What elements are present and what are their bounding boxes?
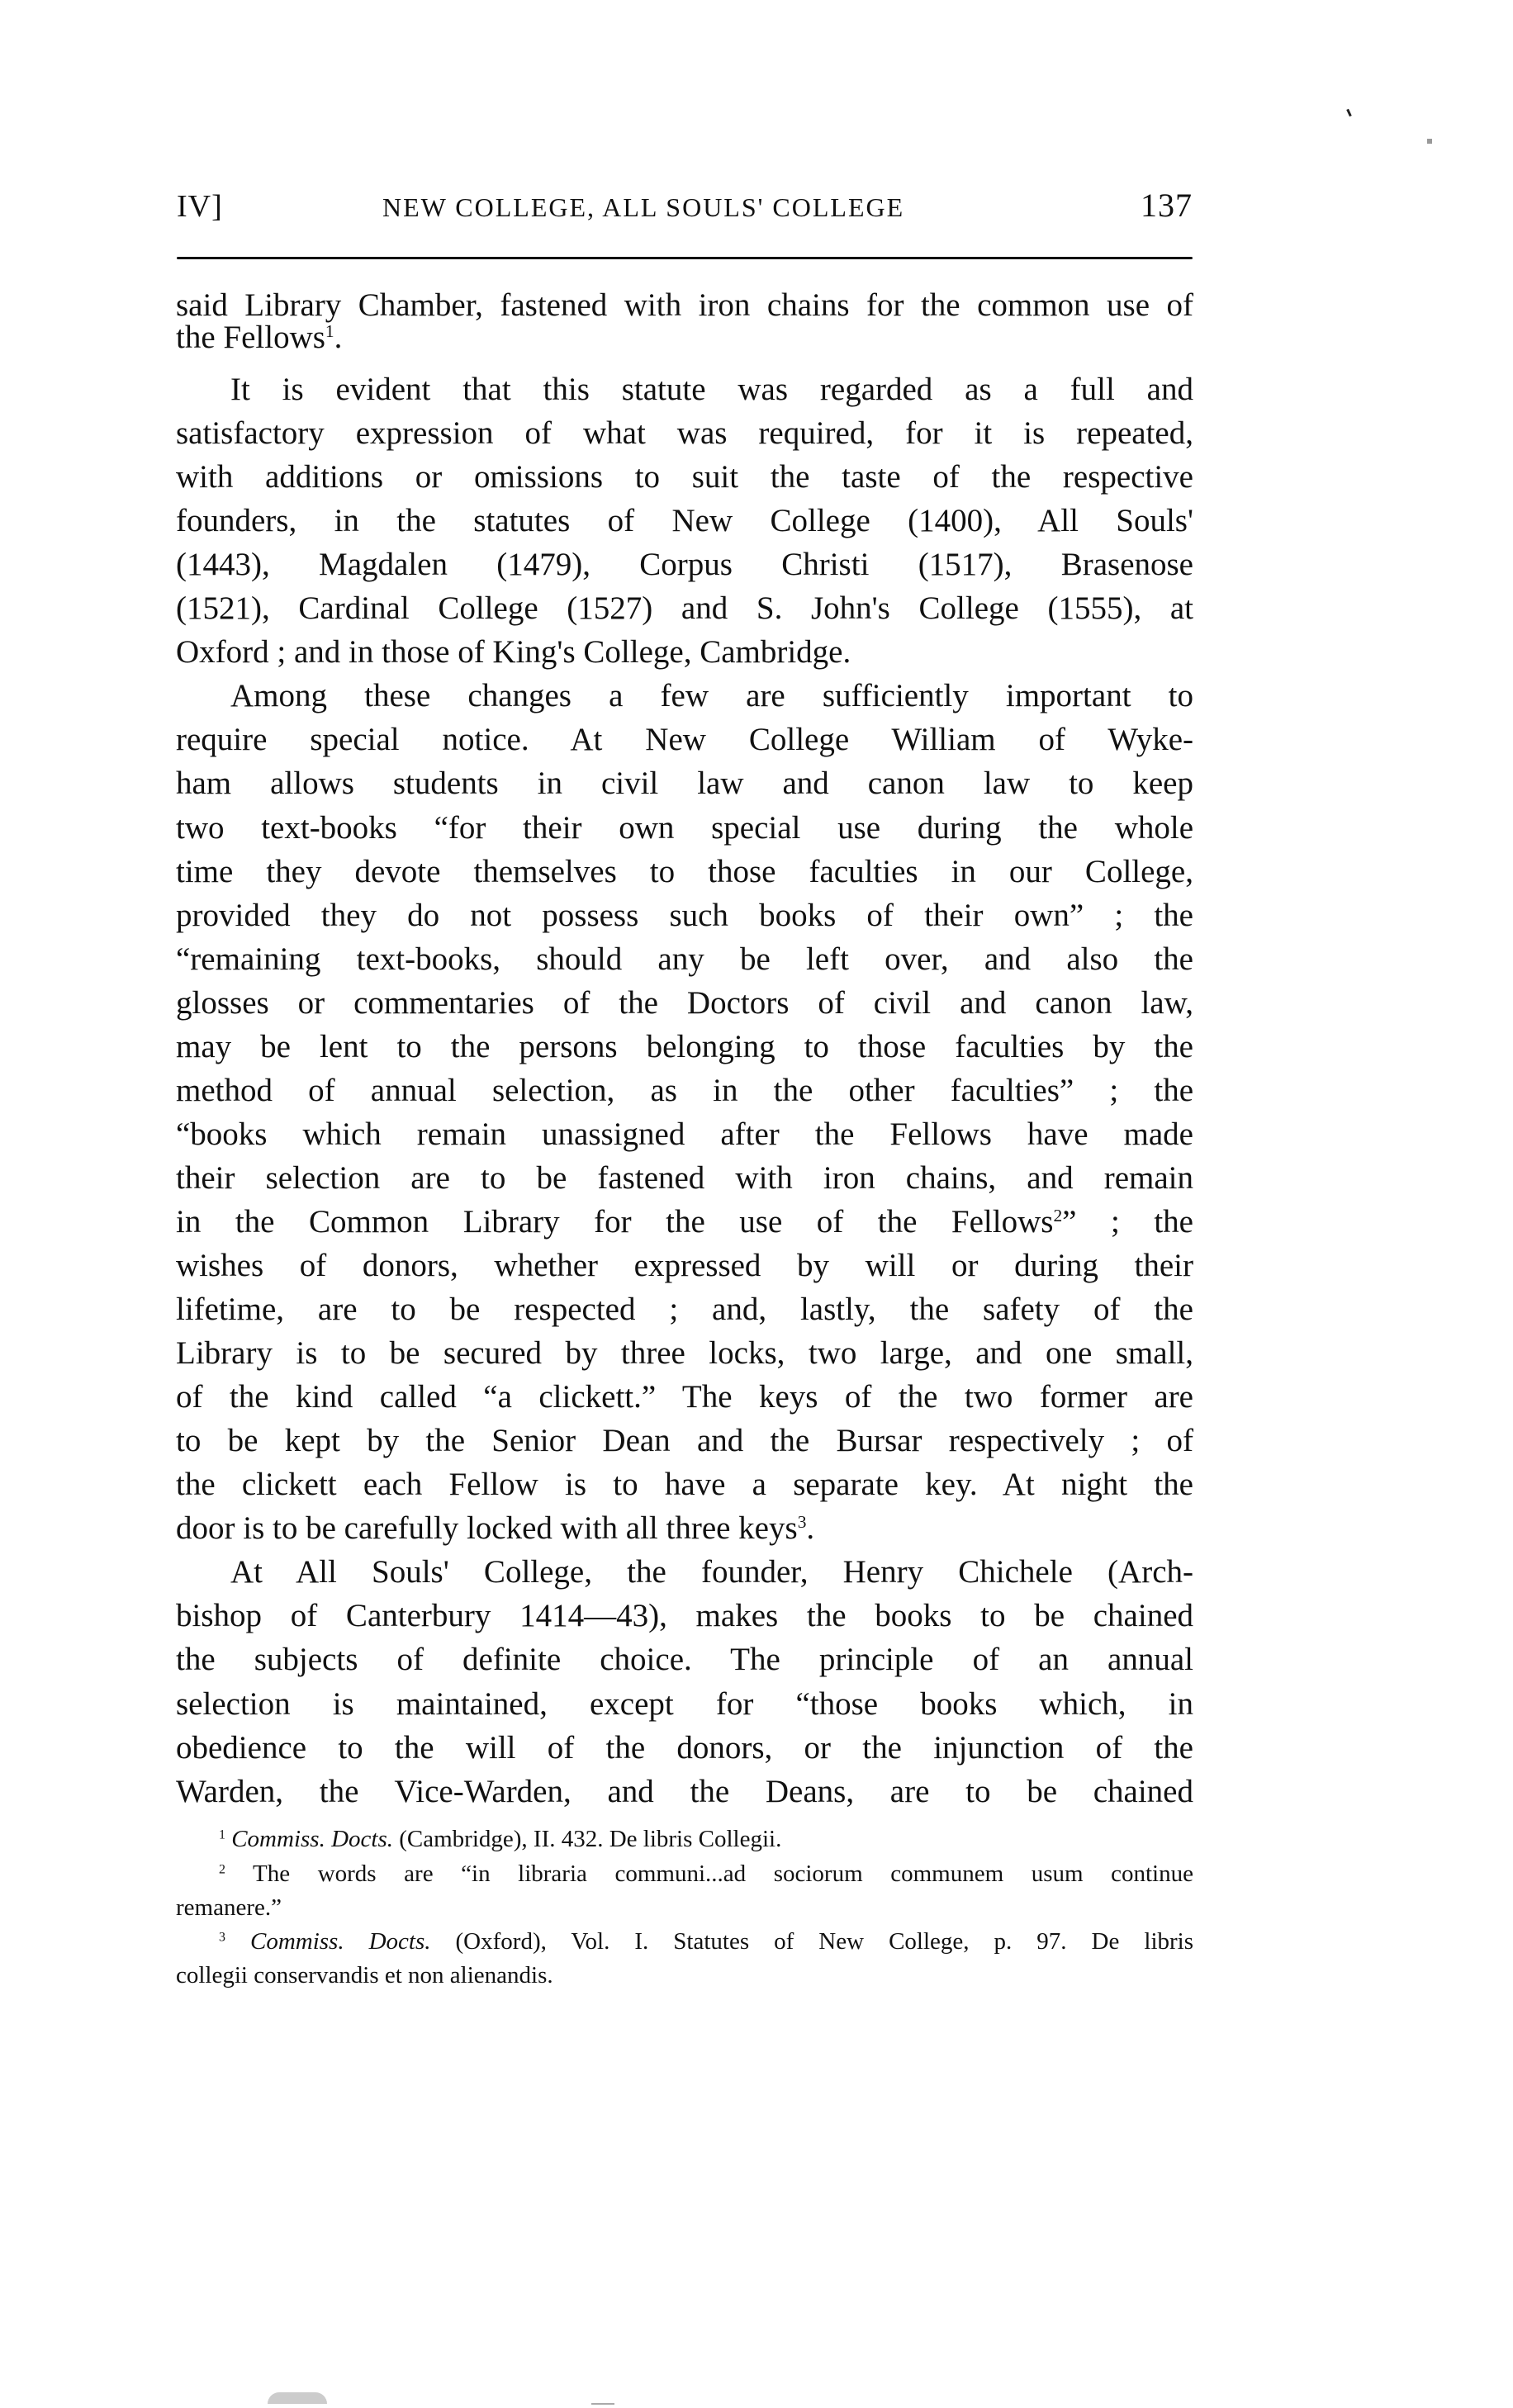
page-number: 137 <box>1141 186 1193 225</box>
text-line: may be lent to the persons belonging to … <box>176 1025 1193 1069</box>
footnote-line: 3 Commiss. Docts. (Oxford), Vol. I. Stat… <box>219 1925 1193 1959</box>
footnote-line: 1 Commiss. Docts. (Cambridge), II. 432. … <box>219 1823 1193 1856</box>
text-line: Warden, the Vice-Warden, and the Deans, … <box>176 1770 1193 1813</box>
text-line: to be kept by the Senior Dean and the Bu… <box>176 1419 1193 1462</box>
text-line: founders, in the statutes of New College… <box>176 499 1193 543</box>
text-line: obedience to the will of the donors, or … <box>176 1726 1193 1770</box>
text-line: bishop of Canterbury 1414—43), makes the… <box>176 1594 1193 1638</box>
text-line: (1521), Cardinal College (1527) and S. J… <box>176 586 1193 630</box>
book-page: IV] NEW COLLEGE, ALL SOULS' COLLEGE 137 … <box>0 0 1513 2408</box>
running-title: NEW COLLEGE, ALL SOULS' COLLEGE <box>382 192 904 223</box>
text-line: “remaining text-books, should any be lef… <box>176 937 1193 981</box>
scan-speck <box>1346 109 1352 116</box>
text-line: require special notice. At New College W… <box>176 718 1193 761</box>
scan-speck <box>1427 139 1432 144</box>
text-line: method of annual selection, as in the ot… <box>176 1069 1193 1112</box>
text-line: Library is to be secured by three locks,… <box>176 1331 1193 1375</box>
footnote-line: 2 The words are “in libraria communi...a… <box>219 1857 1193 1891</box>
text-line: Oxford ; and in those of King's College,… <box>176 630 1193 674</box>
text-line: time they devote themselves to those fac… <box>176 850 1193 894</box>
scan-speck <box>268 2392 327 2404</box>
footnote-marker: 1 <box>219 1827 225 1842</box>
text-line: the Fellows1. <box>176 315 1193 359</box>
text-line: of the kind called “a clickett.” The key… <box>176 1375 1193 1419</box>
text-line: Among these changes a few are sufficient… <box>230 674 1193 718</box>
footnote-reference[interactable]: 3 <box>798 1512 807 1532</box>
text-line: provided they do not possess such books … <box>176 894 1193 937</box>
scan-speck <box>591 2403 614 2405</box>
text-line: wishes of donors, whether expressed by w… <box>176 1244 1193 1287</box>
running-head: IV] NEW COLLEGE, ALL SOULS' COLLEGE 137 <box>177 187 1193 228</box>
footnote-line: collegii conservandis et non alienandis. <box>176 1959 1193 1993</box>
text-line: It is evident that this statute was rega… <box>230 367 1193 411</box>
text-line: At All Souls' College, the founder, Henr… <box>230 1550 1193 1594</box>
text-line: satisfactory expression of what was requ… <box>176 411 1193 455</box>
text-line: in the Common Library for the use of the… <box>176 1200 1193 1244</box>
text-line: lifetime, are to be respected ; and, las… <box>176 1287 1193 1331</box>
footnote-marker: 3 <box>219 1930 225 1944</box>
text-line: the clickett each Fellow is to have a se… <box>176 1462 1193 1506</box>
text-line: “books which remain unassigned after the… <box>176 1112 1193 1156</box>
footnote-line: remanere.” <box>176 1891 1193 1925</box>
text-line: the subjects of definite choice. The pri… <box>176 1638 1193 1681</box>
text-line: glosses or commentaries of the Doctors o… <box>176 981 1193 1025</box>
chapter-marker: IV] <box>177 188 223 225</box>
header-rule <box>177 257 1193 259</box>
footnote-marker: 2 <box>219 1862 225 1876</box>
text-line: two text-books “for their own special us… <box>176 806 1193 850</box>
text-line: ham allows students in civil law and can… <box>176 761 1193 805</box>
text-line: (1443), Magdalen (1479), Corpus Christi … <box>176 543 1193 586</box>
text-line: selection is maintained, except for “tho… <box>176 1682 1193 1726</box>
text-line: door is to be carefully locked with all … <box>176 1506 1193 1550</box>
footnote-reference[interactable]: 2 <box>1053 1206 1062 1225</box>
text-line: their selection are to be fastened with … <box>176 1156 1193 1200</box>
text-line: with additions or omissions to suit the … <box>176 455 1193 499</box>
footnote-reference[interactable]: 1 <box>325 321 334 341</box>
